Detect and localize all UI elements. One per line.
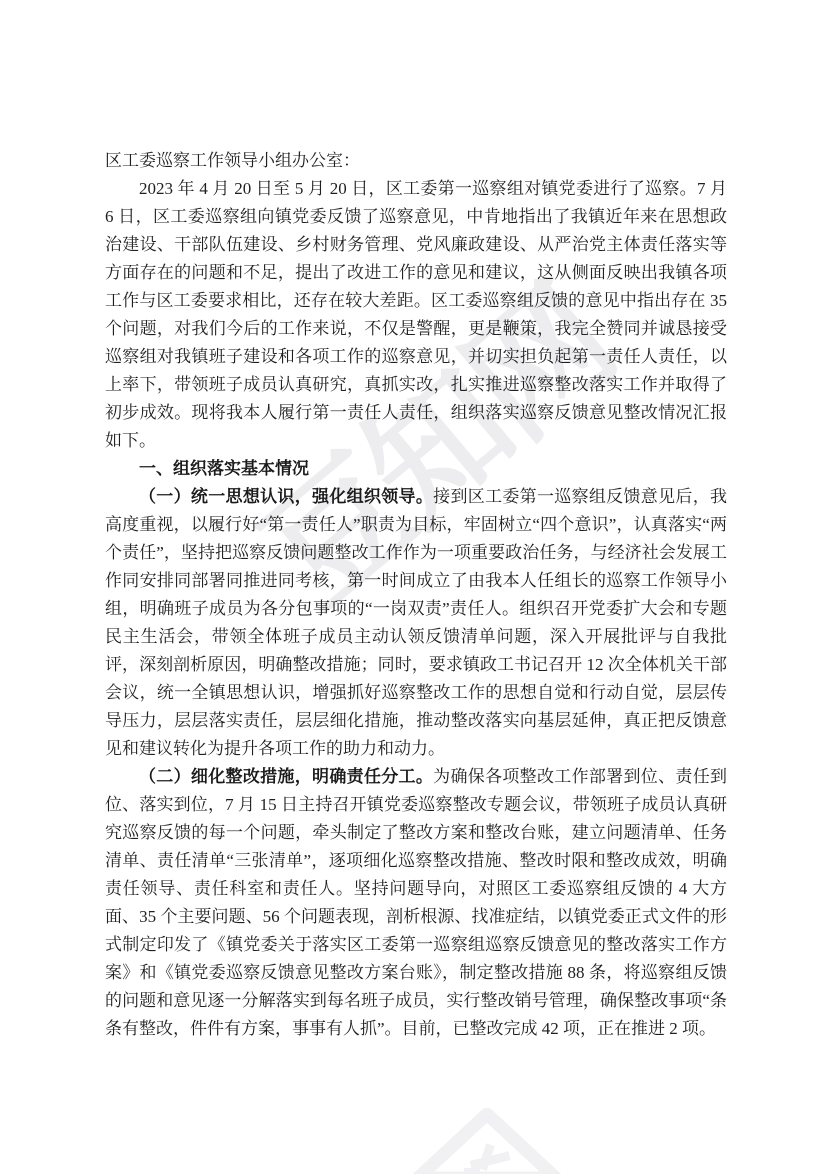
sub1-heading: （一）统一思想认识，强化组织领导。 [139, 487, 433, 506]
salutation-line: 区工委巡察工作领导小组办公室： [105, 147, 727, 175]
sub1-body-text: 接到区工委第一巡察组反馈意见后，我高度重视，以履行好“第一责任人”职责为目标，牢… [105, 487, 727, 758]
paragraph-sub2: （二）细化整改措施，明确责任分工。为确保各项整改工作部署到位、责任到位、落实到位… [105, 763, 727, 1043]
document-page: 豆知网 区工委巡察工作领导小组办公室： 2023 年 4 月 20 日至 5 月… [0, 0, 830, 1174]
triangle-logo-watermark-icon [412, 1108, 562, 1174]
sub2-heading: （二）细化整改措施，明确责任分工。 [139, 767, 433, 786]
paragraph-sub1: （一）统一思想认识，强化组织领导。接到区工委第一巡察组反馈意见后，我高度重视，以… [105, 483, 727, 763]
section-heading-1: 一、组织落实基本情况 [105, 455, 727, 483]
sub2-body-text: 为确保各项整改工作部署到位、责任到位、落实到位，7 月 15 日主持召开镇党委巡… [105, 767, 727, 1038]
document-body: 区工委巡察工作领导小组办公室： 2023 年 4 月 20 日至 5 月 20 … [0, 0, 830, 1043]
paragraph-overview: 2023 年 4 月 20 日至 5 月 20 日，区工委第一巡察组对镇党委进行… [105, 175, 727, 455]
